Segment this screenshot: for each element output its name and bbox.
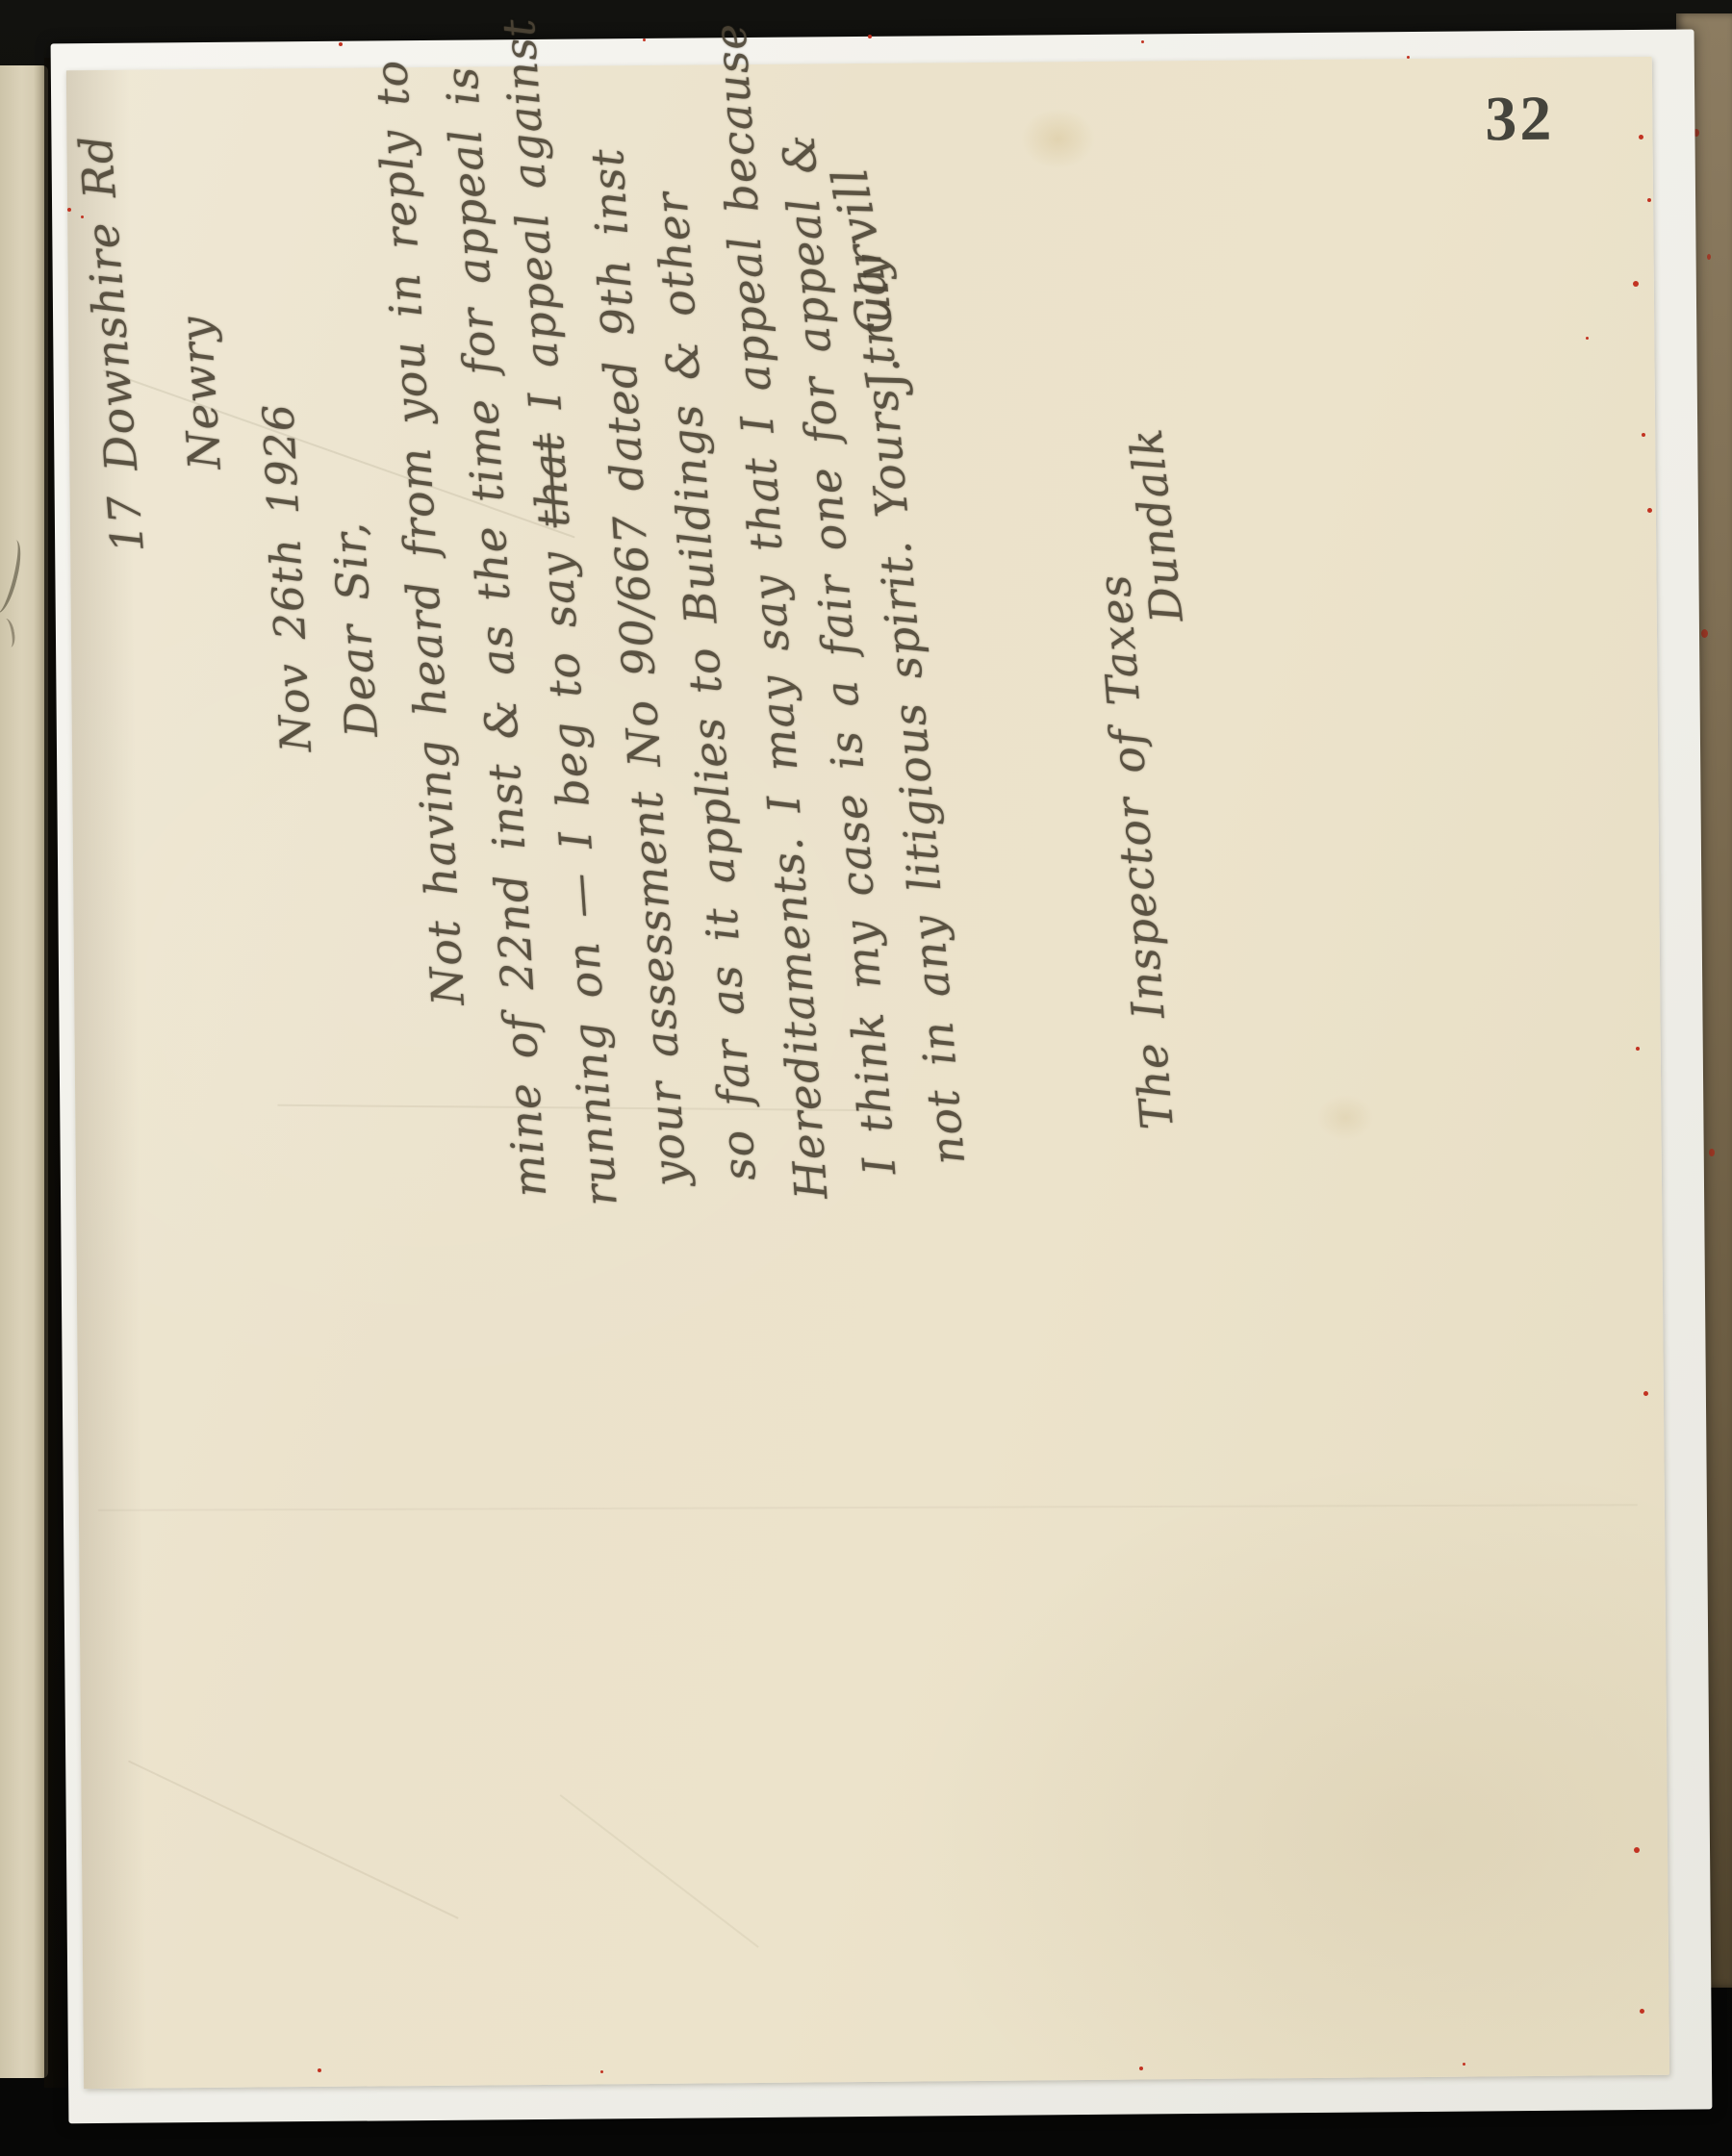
red-speckle	[67, 208, 71, 212]
page-number: 32	[1485, 82, 1601, 156]
paper-crease	[559, 1794, 758, 1948]
paper-crease	[128, 1761, 459, 1919]
red-speckle	[1647, 198, 1651, 202]
red-speckle	[1642, 433, 1645, 437]
red-speckle	[868, 35, 872, 38]
red-speckle	[81, 216, 84, 218]
page-stack: 32 17 Downshire RdNewryNov 26th 1926Dear…	[0, 0, 1732, 2156]
red-speckle	[318, 2068, 321, 2072]
red-speckle	[1639, 135, 1643, 140]
scanned-book-page: 32 17 Downshire RdNewryNov 26th 1926Dear…	[0, 0, 1732, 2156]
red-speckle	[1636, 1047, 1640, 1051]
red-speckle	[1407, 56, 1410, 59]
handwritten-letter: 17 Downshire RdNewryNov 26th 1926Dear Si…	[136, 60, 1281, 1214]
paper-crease	[98, 1504, 1638, 1511]
album-page: 32 17 Downshire RdNewryNov 26th 1926Dear…	[66, 57, 1669, 2089]
red-speckle	[1640, 2009, 1644, 2014]
red-speckle	[1586, 337, 1589, 340]
red-speckle	[643, 38, 646, 41]
red-speckle	[1647, 508, 1652, 513]
red-speckle	[1463, 2063, 1465, 2066]
red-speckle	[1634, 1847, 1640, 1853]
red-speckle	[1141, 40, 1144, 43]
red-speckle	[1633, 281, 1639, 287]
red-speckle	[600, 2070, 603, 2073]
red-speckle	[339, 42, 343, 46]
red-speckle	[1139, 2067, 1143, 2070]
red-speckle	[1643, 1391, 1648, 1396]
